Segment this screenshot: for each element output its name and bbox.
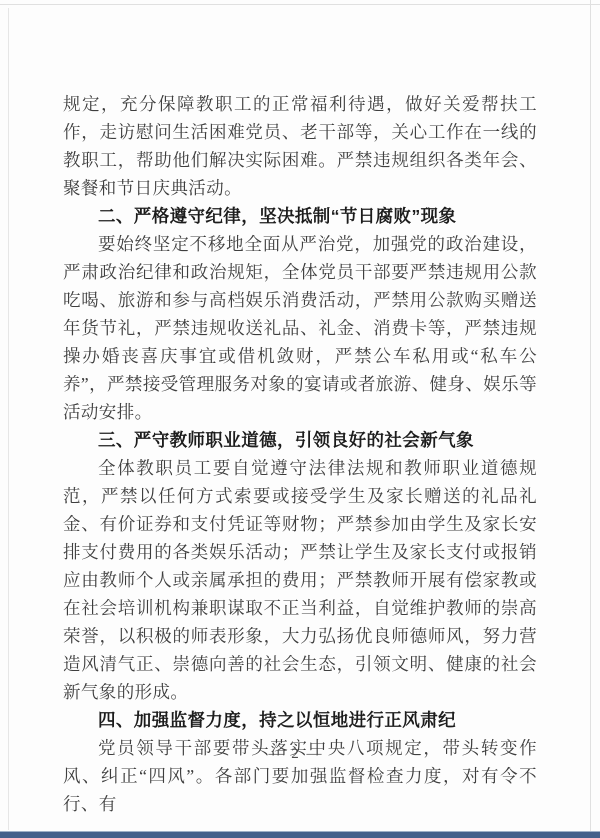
section-2-paragraph: 要始终坚定不移地全面从严治党，加强党的政治建设，严肃政治纪律和政治规矩，全体党员… <box>63 230 537 426</box>
section-4-heading: 四、加强监督力度，持之以恒地进行正风肃纪 <box>63 706 537 734</box>
scan-bottom-bar <box>0 831 600 838</box>
scan-edge-top <box>0 4 600 5</box>
section-2-heading: 二、严格遵守纪律，坚决抵制“节日腐败”现象 <box>63 202 537 230</box>
scanned-document-page: 规定，充分保障教职工的正常福利待遇，做好关爱帮扶工作，走访慰问生活困难党员、老干… <box>0 0 600 838</box>
paragraph-continued: 规定，充分保障教职工的正常福利待遇，做好关爱帮扶工作，走访慰问生活困难党员、老干… <box>63 90 537 202</box>
scan-edge-left <box>8 8 9 830</box>
scan-edge-right <box>590 0 591 832</box>
page-number: — 2 — <box>0 746 592 763</box>
section-3-paragraph: 全体教职员工要自觉遵守法律法规和教师职业道德规范，严禁以任何方式索要或接受学生及… <box>63 454 537 706</box>
document-body: 规定，充分保障教职工的正常福利待遇，做好关爱帮扶工作，走访慰问生活困难党员、老干… <box>63 90 537 818</box>
section-3-heading: 三、严守教师职业道德，引领良好的社会新气象 <box>63 426 537 454</box>
